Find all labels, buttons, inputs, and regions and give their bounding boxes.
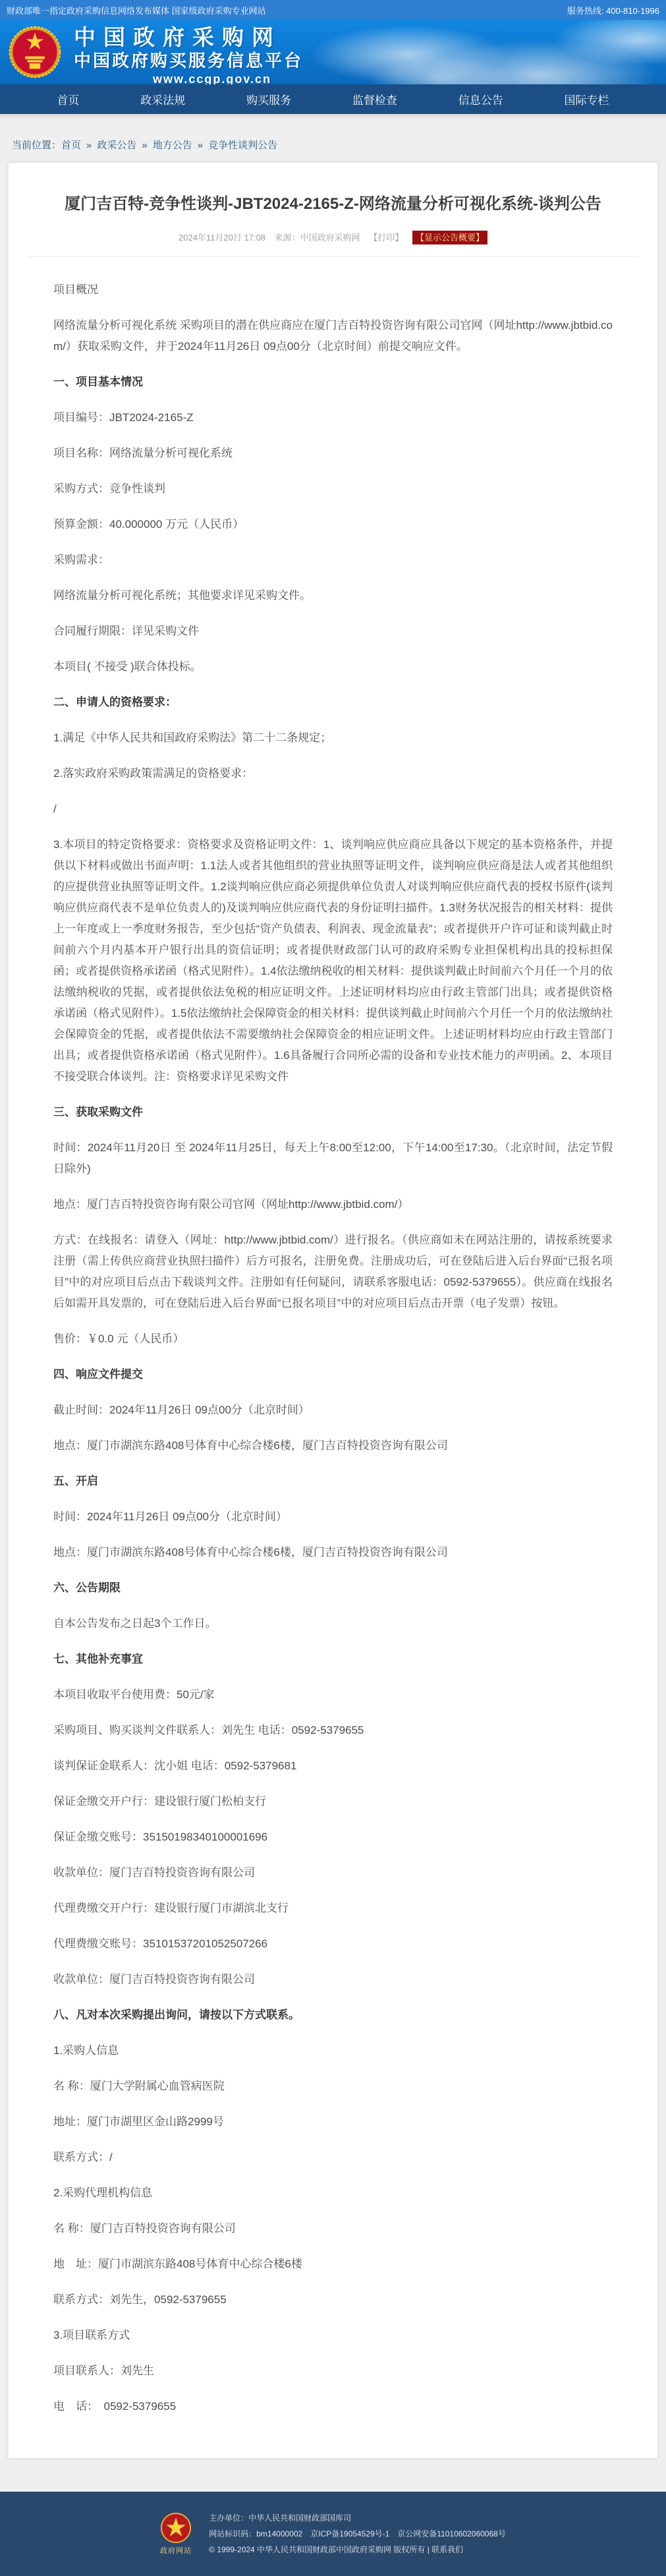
paragraph: 网络流量分析可视化系统；其他要求详见采购文件。: [53, 585, 613, 606]
show-summary-button[interactable]: 【显示公告概要】: [412, 231, 487, 244]
paragraph: 二、申请人的资格要求：: [53, 692, 613, 713]
announcement-box: 厦门吉百特-竞争性谈判-JBT2024-2165-Z-网络流量分析可视化系统-谈…: [8, 162, 658, 2459]
site-subtitle: 中国政府购买服务信息平台: [74, 50, 350, 71]
paragraph: 采购需求：: [53, 550, 613, 571]
footer-line: 主办单位：中华人民共和国财政部国库司: [209, 2510, 506, 2526]
paragraph: 项目名称：网络流量分析可视化系统: [53, 443, 613, 464]
gov-badge-icon: [161, 2513, 191, 2543]
paragraph: 项目编号：JBT2024-2165-Z: [53, 407, 613, 428]
paragraph: 四、响应文件提交: [53, 1364, 613, 1385]
breadcrumb-separator: »: [142, 140, 147, 151]
nav-item[interactable]: 国际专栏: [565, 91, 609, 107]
paragraph: 合同履行期限：详见采购文件: [53, 621, 613, 642]
nav-item[interactable]: 信息公告: [458, 91, 503, 107]
site-name: 中国政府采购网: [74, 25, 350, 50]
nav-item[interactable]: 政采法规: [140, 91, 185, 107]
paragraph: 方式：在线报名：请登入（网址：http://www.jbtbid.com/）进行…: [53, 1230, 613, 1314]
paragraph: 3.项目联系方式: [53, 2325, 613, 2346]
announcement-title: 厦门吉百特-竞争性谈判-JBT2024-2165-Z-网络流量分析可视化系统-谈…: [22, 190, 644, 214]
paragraph: 3.本项目的特定资格要求：资格要求及资格证明文件：1、谈判响应供应商应具备以下规…: [53, 834, 613, 1087]
paragraph: 项目联系人：刘先生: [53, 2361, 613, 2382]
paragraph: 1.满足《中华人民共和国政府采购法》第二十二条规定；: [53, 728, 613, 749]
paragraph: 采购方式：竞争性谈判: [53, 478, 613, 500]
breadcrumb-item: 政采公告»: [97, 140, 152, 151]
paragraph: 一、项目基本情况: [53, 372, 613, 393]
paragraph: 保证金缴交账号：35150198340100001696: [53, 1827, 613, 1848]
site-banner: 中国政府采购网 中国政府购买服务信息平台 www.ccgp.gov.cn: [0, 20, 666, 84]
paragraph: 2.落实政府采购政策需满足的资格要求：: [53, 763, 613, 784]
footer-line: 网站标识码：bm14000002 京ICP备19054529号-1 京公网安备1…: [209, 2526, 506, 2542]
footer-line: © 1999-2024 中华人民共和国财政部中国政府采购网 版权所有 | 联系我…: [209, 2542, 506, 2558]
divider: [28, 256, 638, 257]
article-source: 来源：中国政府采购网: [275, 233, 360, 243]
paragraph: 名 称：厦门吉百特投资咨询有限公司: [53, 2218, 613, 2239]
paragraph: 收款单位：厦门吉百特投资咨询有限公司: [53, 1862, 613, 1883]
paragraph: 代理费缴交开户行：建设银行厦门市湖滨北支行: [53, 1898, 613, 1919]
nav-item[interactable]: 首页: [57, 91, 79, 107]
paragraph: 六、公告期限: [53, 1578, 613, 1599]
paragraph: 三、获取采购文件: [53, 1102, 613, 1123]
gov-badge-label: 政府网站: [160, 2545, 192, 2556]
publish-datetime: 2024年11月20日 17:08: [179, 233, 265, 243]
footer-lines: 主办单位：中华人民共和国财政部国库司网站标识码：bm14000002 京ICP备…: [209, 2510, 506, 2558]
breadcrumb-separator: »: [198, 140, 203, 151]
site-logo[interactable]: 中国政府采购网 中国政府购买服务信息平台 www.ccgp.gov.cn: [8, 25, 350, 84]
paragraph: 七、其他补充事宜: [53, 1649, 613, 1670]
gov-website-badge[interactable]: 政府网站: [160, 2513, 192, 2556]
nav-item[interactable]: 购买服务: [246, 91, 291, 107]
paragraph: 地点：厦门市湖滨东路408号体育中心综合楼6楼，厦门吉百特投资咨询有限公司: [53, 1435, 613, 1456]
print-button[interactable]: 【打印】: [369, 233, 403, 243]
main-nav: 首页政采法规购买服务监督检查信息公告国际专栏: [0, 84, 666, 114]
page: 财政部唯一指定政府采购信息网络发布媒体 国家级政府采购专业网站 服务热线: 40…: [0, 0, 666, 2576]
paragraph: 名 称：厦门大学附属心血管病医院: [53, 2076, 613, 2097]
paragraph: 预算金额：40.000000 万元（人民币）: [53, 514, 613, 535]
breadcrumb-item: 地方公告»: [153, 140, 208, 151]
breadcrumb-link[interactable]: 地方公告: [153, 140, 192, 151]
paragraph: 项目概况: [53, 279, 613, 301]
paragraph: 网络流量分析可视化系统 采购项目的潜在供应商应在厦门吉百特投资咨询有限公司官网（…: [53, 315, 613, 357]
breadcrumb-label: 当前位置：: [12, 140, 61, 151]
paragraph: 八、凡对本次采购提出询问，请按以下方式联系。: [53, 2005, 613, 2026]
topbar: 财政部唯一指定政府采购信息网络发布媒体 国家级政府采购专业网站 服务热线: 40…: [0, 0, 666, 20]
breadcrumb-link[interactable]: 竞争性谈判公告: [208, 140, 277, 151]
paragraph: 收款单位：厦门吉百特投资咨询有限公司: [53, 1969, 613, 1990]
breadcrumb-link[interactable]: 政采公告: [97, 140, 136, 151]
article-meta: 2024年11月20日 17:08 来源：中国政府采购网 【打印】 【显示公告概…: [9, 231, 657, 243]
paragraph: 本项目收取平台使用费：50元/家: [53, 1684, 613, 1705]
paragraph: 五、开启: [53, 1471, 613, 1492]
breadcrumb-link[interactable]: 首页: [61, 140, 81, 151]
paragraph: 截止时间：2024年11月26日 09点00分（北京时间）: [53, 1400, 613, 1421]
paragraph: 电 话： 0592-5379655: [53, 2396, 613, 2417]
paragraph: 地 址：厦门市湖滨东路408号体育中心综合楼6楼: [53, 2254, 613, 2275]
breadcrumb-items: 首页»政采公告»地方公告»竞争性谈判公告»: [61, 140, 277, 151]
paragraph: 本项目( 不接受 )联合体投标。: [53, 656, 613, 677]
paragraph: 2.采购代理机构信息: [53, 2183, 613, 2204]
paragraph: /: [53, 799, 613, 820]
paragraph: 时间：2024年11月26日 09点00分（北京时间）: [53, 1506, 613, 1528]
paragraph: 时间：2024年11月20日 至 2024年11月25日，每天上午8:00至12…: [53, 1137, 613, 1180]
breadcrumb-separator: »: [86, 140, 92, 151]
paragraph: 谈判保证金联系人：沈小姐 电话：0592-5379681: [53, 1756, 613, 1777]
breadcrumb-item: 竞争性谈判公告»: [208, 140, 277, 151]
paragraph: 1.采购人信息: [53, 2040, 613, 2061]
national-emblem-icon: [8, 25, 62, 79]
service-hotline: 服务热线: 400-810-1996: [567, 4, 659, 16]
paragraph: 采购项目、购买谈判文件联系人：刘先生 电话：0592-5379655: [53, 1720, 613, 1741]
paragraph: 联系方式：刘先生，0592-5379655: [53, 2289, 613, 2310]
paragraph: 地址：厦门市湖里区金山路2999号: [53, 2111, 613, 2132]
topbar-slogan: 财政部唯一指定政府采购信息网络发布媒体 国家级政府采购专业网站: [7, 4, 266, 16]
paragraph: 代理费缴交账号：35101537201052507266: [53, 1933, 613, 1955]
paragraph: 保证金缴交开户行：建设银行厦门松柏支行: [53, 1791, 613, 1812]
site-url: www.ccgp.gov.cn: [74, 71, 350, 84]
nav-item[interactable]: 监督检查: [352, 91, 397, 107]
footer: 政府网站 主办单位：中华人民共和国财政部国库司网站标识码：bm14000002 …: [0, 2492, 666, 2576]
paragraph: 自本公告发布之日起3个工作日。: [53, 1613, 613, 1634]
article-body: 项目概况网络流量分析可视化系统 采购项目的潜在供应商应在厦门吉百特投资咨询有限公…: [53, 279, 613, 2417]
paragraph: 售价：￥0.0 元（人民币）: [53, 1329, 613, 1350]
logo-text: 中国政府采购网 中国政府购买服务信息平台 www.ccgp.gov.cn: [74, 25, 350, 84]
paragraph: 联系方式：/: [53, 2147, 613, 2168]
paragraph: 地点：厦门市湖滨东路408号体育中心综合楼6楼，厦门吉百特投资咨询有限公司: [53, 1542, 613, 1563]
paragraph: 地点：厦门吉百特投资咨询有限公司官网（网址http://www.jbtbid.c…: [53, 1194, 613, 1215]
breadcrumb-item: 首页»: [61, 140, 97, 151]
breadcrumb: 当前位置：首页»政采公告»地方公告»竞争性谈判公告»: [0, 114, 666, 162]
footer-gap: [0, 2459, 666, 2492]
